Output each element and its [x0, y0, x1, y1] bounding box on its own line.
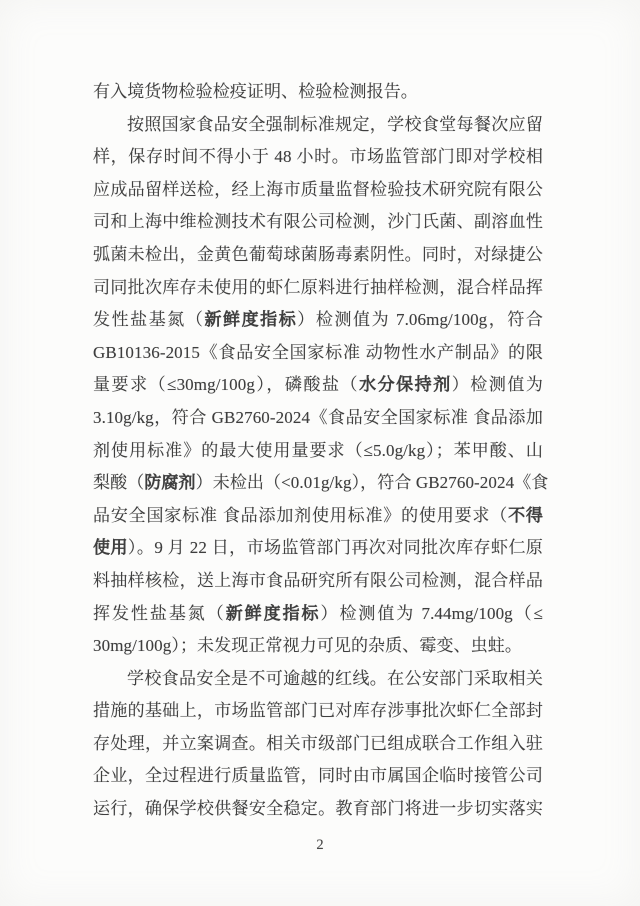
- text-line: 企业，全过程进行质量监管，同时由市属国企临时接管公司: [93, 760, 543, 793]
- text-segment: 存处理，并立案调查。相关市级部门已组成联合工作组入驻: [93, 734, 543, 753]
- text-segment: 30mg/100g）；未发现正常视力可见的杂质、霉变、虫蛀。: [93, 636, 522, 655]
- text-segment: 料抽样核检，送上海市食品研究所有限公司检测，混合样品: [93, 571, 543, 590]
- text-segment: 运行，确保学校供餐安全稳定。教育部门将进一步切实落实: [93, 799, 543, 818]
- text-segment: ）检测值为 7.44mg/100g（≤: [320, 604, 543, 623]
- text-line: 运行，确保学校供餐安全稳定。教育部门将进一步切实落实: [93, 793, 543, 826]
- text-line: 30mg/100g）；未发现正常视力可见的杂质、霉变、虫蛀。: [93, 630, 543, 663]
- text-segment: ）检测值为: [452, 375, 543, 394]
- text-segment: ）检测值为 7.06mg/100g，符合: [297, 310, 543, 329]
- text-segment: 样，保存时间不得小于 48 小时。市场监管部门即对学校相: [93, 147, 543, 166]
- text-line: 梨酸（防腐剂）未检出（<0.01g/kg），符合 GB2760-2024《食: [93, 467, 543, 500]
- text-segment: 3.10g/kg，符合 GB2760-2024《食品安全国家标准 食品添加: [93, 408, 543, 427]
- text-line: 司和上海中维检测技术有限公司检测，沙门氏菌、副溶血性: [93, 206, 543, 239]
- text-line: 有入境货物检验检疫证明、检验检测报告。: [93, 76, 543, 109]
- text-segment: 有入境货物检验检疫证明、检验检测报告。: [93, 82, 418, 101]
- text-segment: 弧菌未检出，金黄色葡萄球菌肠毒素阴性。同时，对绿捷公: [93, 245, 543, 264]
- text-line: 学校食品安全是不可逾越的红线。在公安部门采取相关: [93, 663, 543, 696]
- text-segment: 挥发性盐基氮（: [93, 604, 226, 623]
- text-line: GB10136-2015《食品安全国家标准 动物性水产制品》的限: [93, 337, 543, 370]
- emphasized-text-segment: 防腐剂: [144, 473, 195, 492]
- text-line: 措施的基础上，市场监管部门已对库存涉事批次虾仁全部封: [93, 695, 543, 728]
- text-segment: ）未检出（<0.01g/kg），符合 GB2760-2024《食: [196, 473, 549, 492]
- text-segment: 学校食品安全是不可逾越的红线。在公安部门采取相关: [127, 669, 543, 688]
- text-segment: 措施的基础上，市场监管部门已对库存涉事批次虾仁全部封: [93, 701, 543, 720]
- text-line: 按照国家食品安全强制标准规定，学校食堂每餐次应留: [93, 109, 543, 142]
- text-line: 品安全国家标准 食品添加剂使用标准》的使用要求（不得: [93, 500, 543, 533]
- emphasized-text-segment: 新鲜度指标: [204, 310, 297, 329]
- emphasized-text-segment: 不得: [508, 506, 543, 525]
- text-line: 剂使用标准》的最大使用量要求（≤5.0g/kg）；苯甲酸、山: [93, 435, 543, 468]
- text-segment: 应成品留样送检，经上海市质量监督检验技术研究院有限公: [93, 180, 543, 199]
- text-line: 使用）。9 月 22 日，市场监管部门再次对同批次库存虾仁原: [93, 532, 543, 565]
- text-segment: 企业，全过程进行质量监管，同时由市属国企临时接管公司: [93, 766, 543, 785]
- document-body: 有入境货物检验检疫证明、检验检测报告。按照国家食品安全强制标准规定，学校食堂每餐…: [93, 76, 543, 826]
- text-segment: 剂使用标准》的最大使用量要求（≤5.0g/kg）；苯甲酸、山: [93, 441, 543, 460]
- text-segment: ）。9 月 22 日，市场监管部门再次对同批次库存虾仁原: [128, 538, 543, 557]
- page-number: 2: [0, 837, 640, 854]
- text-line: 发性盐基氮（新鲜度指标）检测值为 7.06mg/100g，符合: [93, 304, 543, 337]
- text-segment: 品安全国家标准 食品添加剂使用标准》的使用要求（: [93, 506, 508, 525]
- text-line: 样，保存时间不得小于 48 小时。市场监管部门即对学校相: [93, 141, 543, 174]
- text-segment: 司和上海中维检测技术有限公司检测，沙门氏菌、副溶血性: [93, 212, 543, 231]
- text-line: 存处理，并立案调查。相关市级部门已组成联合工作组入驻: [93, 728, 543, 761]
- text-line: 司同批次库存未使用的虾仁原料进行抽样检测，混合样品挥: [93, 272, 543, 305]
- text-line: 弧菌未检出，金黄色葡萄球菌肠毒素阴性。同时，对绿捷公: [93, 239, 543, 272]
- text-segment: 发性盐基氮（: [93, 310, 204, 329]
- text-segment: 按照国家食品安全强制标准规定，学校食堂每餐次应留: [127, 115, 543, 134]
- text-line: 料抽样核检，送上海市食品研究所有限公司检测，混合样品: [93, 565, 543, 598]
- text-line: 3.10g/kg，符合 GB2760-2024《食品安全国家标准 食品添加: [93, 402, 543, 435]
- text-segment: GB10136-2015《食品安全国家标准 动物性水产制品》的限: [93, 343, 543, 362]
- text-segment: 量要求（≤30mg/100g），磷酸盐（: [93, 375, 359, 394]
- document-page: 有入境货物检验检疫证明、检验检测报告。按照国家食品安全强制标准规定，学校食堂每餐…: [0, 0, 640, 906]
- emphasized-text-segment: 新鲜度指标: [226, 604, 321, 623]
- text-segment: 梨酸（: [93, 473, 144, 492]
- text-segment: 司同批次库存未使用的虾仁原料进行抽样检测，混合样品挥: [93, 278, 543, 297]
- text-line: 应成品留样送检，经上海市质量监督检验技术研究院有限公: [93, 174, 543, 207]
- text-line: 量要求（≤30mg/100g），磷酸盐（水分保持剂）检测值为: [93, 369, 543, 402]
- emphasized-text-segment: 使用: [93, 538, 128, 557]
- text-line: 挥发性盐基氮（新鲜度指标）检测值为 7.44mg/100g（≤: [93, 598, 543, 631]
- emphasized-text-segment: 水分保持剂: [359, 375, 452, 394]
